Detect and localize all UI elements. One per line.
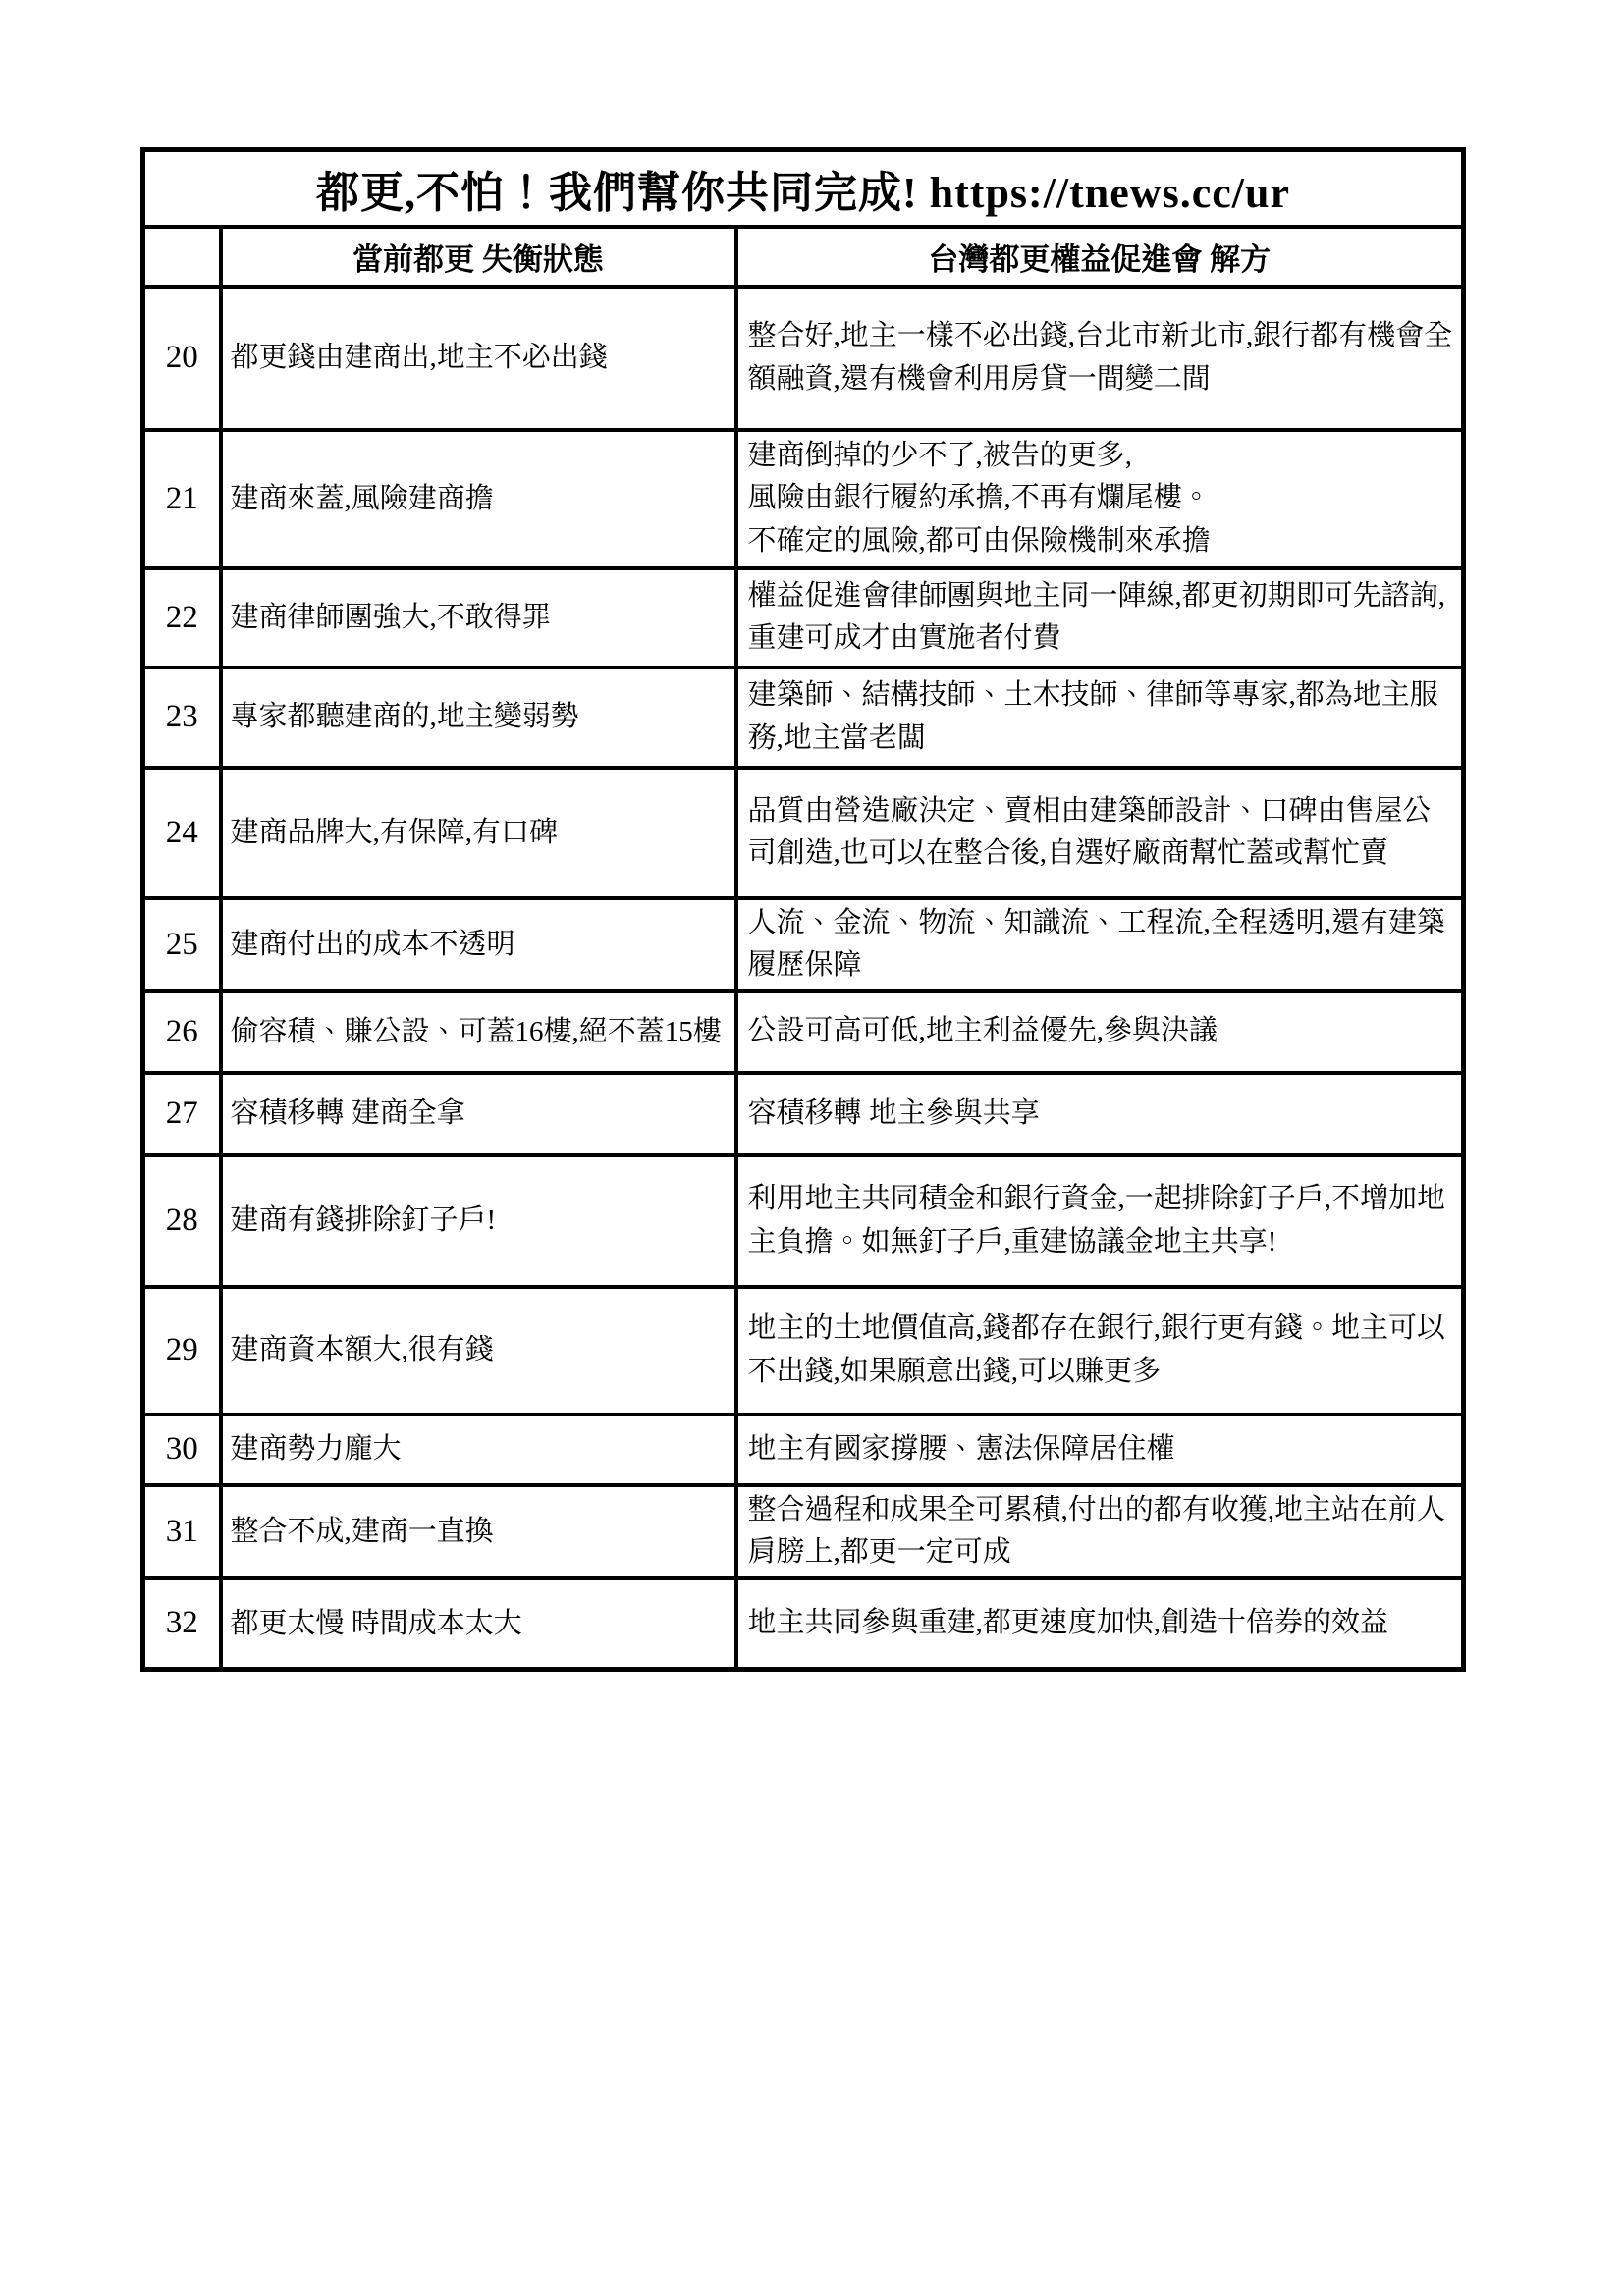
table-row: 30 建商勢力龐大 地主有國家撐腰、憲法保障居住權 (143, 1415, 1464, 1485)
solution-cell: 公設可高可低,地主利益優先,參與決議 (736, 991, 1464, 1073)
solution-cell: 人流、金流、物流、知識流、工程流,全程透明,還有建築履歷保障 (736, 898, 1464, 991)
solution-cell: 權益促進會律師團與地主同一陣線,都更初期即可先諮詢,重建可成才由實施者付費 (736, 568, 1464, 667)
header-problem-column: 當前都更 失衡狀態 (221, 227, 736, 287)
solution-cell: 整合過程和成果全可累積,付出的都有收獲,地主站在前人肩膀上,都更一定可成 (736, 1485, 1464, 1578)
table-row: 29 建商資本額大,很有錢 地主的土地價值高,錢都存在銀行,銀行更有錢。地主可以… (143, 1287, 1464, 1415)
problem-cell: 建商來蓋,風險建商擔 (221, 430, 736, 568)
table-row: 28 建商有錢排除釘子戶! 利用地主共同積金和銀行資金,一起排除釘子戶,不增加地… (143, 1155, 1464, 1287)
row-number: 25 (143, 898, 221, 991)
row-number: 21 (143, 430, 221, 568)
row-number: 23 (143, 667, 221, 768)
solution-cell: 地主共同參與重建,都更速度加快,創造十倍券的效益 (736, 1578, 1464, 1670)
table-row: 24 建商品牌大,有保障,有口碑 品質由營造廠決定、賣相由建築師設計、口碑由售屋… (143, 768, 1464, 898)
header-number-cell (143, 227, 221, 287)
table-row: 26 偷容積、賺公設、可蓋16樓,絕不蓋15樓 公設可高可低,地主利益優先,參與… (143, 991, 1464, 1073)
row-number: 20 (143, 287, 221, 430)
problem-cell: 專家都聽建商的,地主變弱勢 (221, 667, 736, 768)
row-number: 32 (143, 1578, 221, 1670)
problem-cell: 建商付出的成本不透明 (221, 898, 736, 991)
row-number: 26 (143, 991, 221, 1073)
problem-cell: 偷容積、賺公設、可蓋16樓,絕不蓋15樓 (221, 991, 736, 1073)
solution-cell: 地主的土地價值高,錢都存在銀行,銀行更有錢。地主可以不出錢,如果願意出錢,可以賺… (736, 1287, 1464, 1415)
problem-cell: 建商資本額大,很有錢 (221, 1287, 736, 1415)
solution-cell: 地主有國家撐腰、憲法保障居住權 (736, 1415, 1464, 1485)
solution-cell: 整合好,地主一樣不必出錢,台北市新北市,銀行都有機會全額融資,還有機會利用房貸一… (736, 287, 1464, 430)
table-row: 23 專家都聽建商的,地主變弱勢 建築師、結構技師、土木技師、律師等專家,都為地… (143, 667, 1464, 768)
table-row: 32 都更太慢 時間成本太大 地主共同參與重建,都更速度加快,創造十倍券的效益 (143, 1578, 1464, 1670)
solution-cell: 品質由營造廠決定、賣相由建築師設計、口碑由售屋公司創造,也可以在整合後,自選好廠… (736, 768, 1464, 898)
solution-cell: 建商倒掉的少不了,被告的更多, 風險由銀行履約承擔,不再有爛尾樓。 不確定的風險… (736, 430, 1464, 568)
header-solution-column: 台灣都更權益促進會 解方 (736, 227, 1464, 287)
problem-cell: 建商品牌大,有保障,有口碑 (221, 768, 736, 898)
problem-cell: 整合不成,建商一直換 (221, 1485, 736, 1578)
table-row: 22 建商律師團強大,不敢得罪 權益促進會律師團與地主同一陣線,都更初期即可先諮… (143, 568, 1464, 667)
page-title: 都更,不怕！我們幫你共同完成! https://tnews.cc/ur (143, 150, 1464, 227)
table-row: 21 建商來蓋,風險建商擔 建商倒掉的少不了,被告的更多, 風險由銀行履約承擔,… (143, 430, 1464, 568)
problem-cell: 容積移轉 建商全拿 (221, 1073, 736, 1155)
table-row: 31 整合不成,建商一直換 整合過程和成果全可累積,付出的都有收獲,地主站在前人… (143, 1485, 1464, 1578)
row-number: 28 (143, 1155, 221, 1287)
table-row: 25 建商付出的成本不透明 人流、金流、物流、知識流、工程流,全程透明,還有建築… (143, 898, 1464, 991)
row-number: 27 (143, 1073, 221, 1155)
problem-cell: 都更錢由建商出,地主不必出錢 (221, 287, 736, 430)
problem-cell: 建商有錢排除釘子戶! (221, 1155, 736, 1287)
table-row: 20 都更錢由建商出,地主不必出錢 整合好,地主一樣不必出錢,台北市新北市,銀行… (143, 287, 1464, 430)
row-number: 24 (143, 768, 221, 898)
renewal-comparison-table: 都更,不怕！我們幫你共同完成! https://tnews.cc/ur 當前都更… (140, 147, 1466, 1672)
solution-cell: 利用地主共同積金和銀行資金,一起排除釘子戶,不增加地主負擔。如無釘子戶,重建協議… (736, 1155, 1464, 1287)
table-row: 27 容積移轉 建商全拿 容積移轉 地主參與共享 (143, 1073, 1464, 1155)
solution-cell: 建築師、結構技師、土木技師、律師等專家,都為地主服務,地主當老闆 (736, 667, 1464, 768)
row-number: 30 (143, 1415, 221, 1485)
row-number: 22 (143, 568, 221, 667)
problem-cell: 建商律師團強大,不敢得罪 (221, 568, 736, 667)
solution-cell: 容積移轉 地主參與共享 (736, 1073, 1464, 1155)
row-number: 31 (143, 1485, 221, 1578)
row-number: 29 (143, 1287, 221, 1415)
problem-cell: 都更太慢 時間成本太大 (221, 1578, 736, 1670)
problem-cell: 建商勢力龐大 (221, 1415, 736, 1485)
